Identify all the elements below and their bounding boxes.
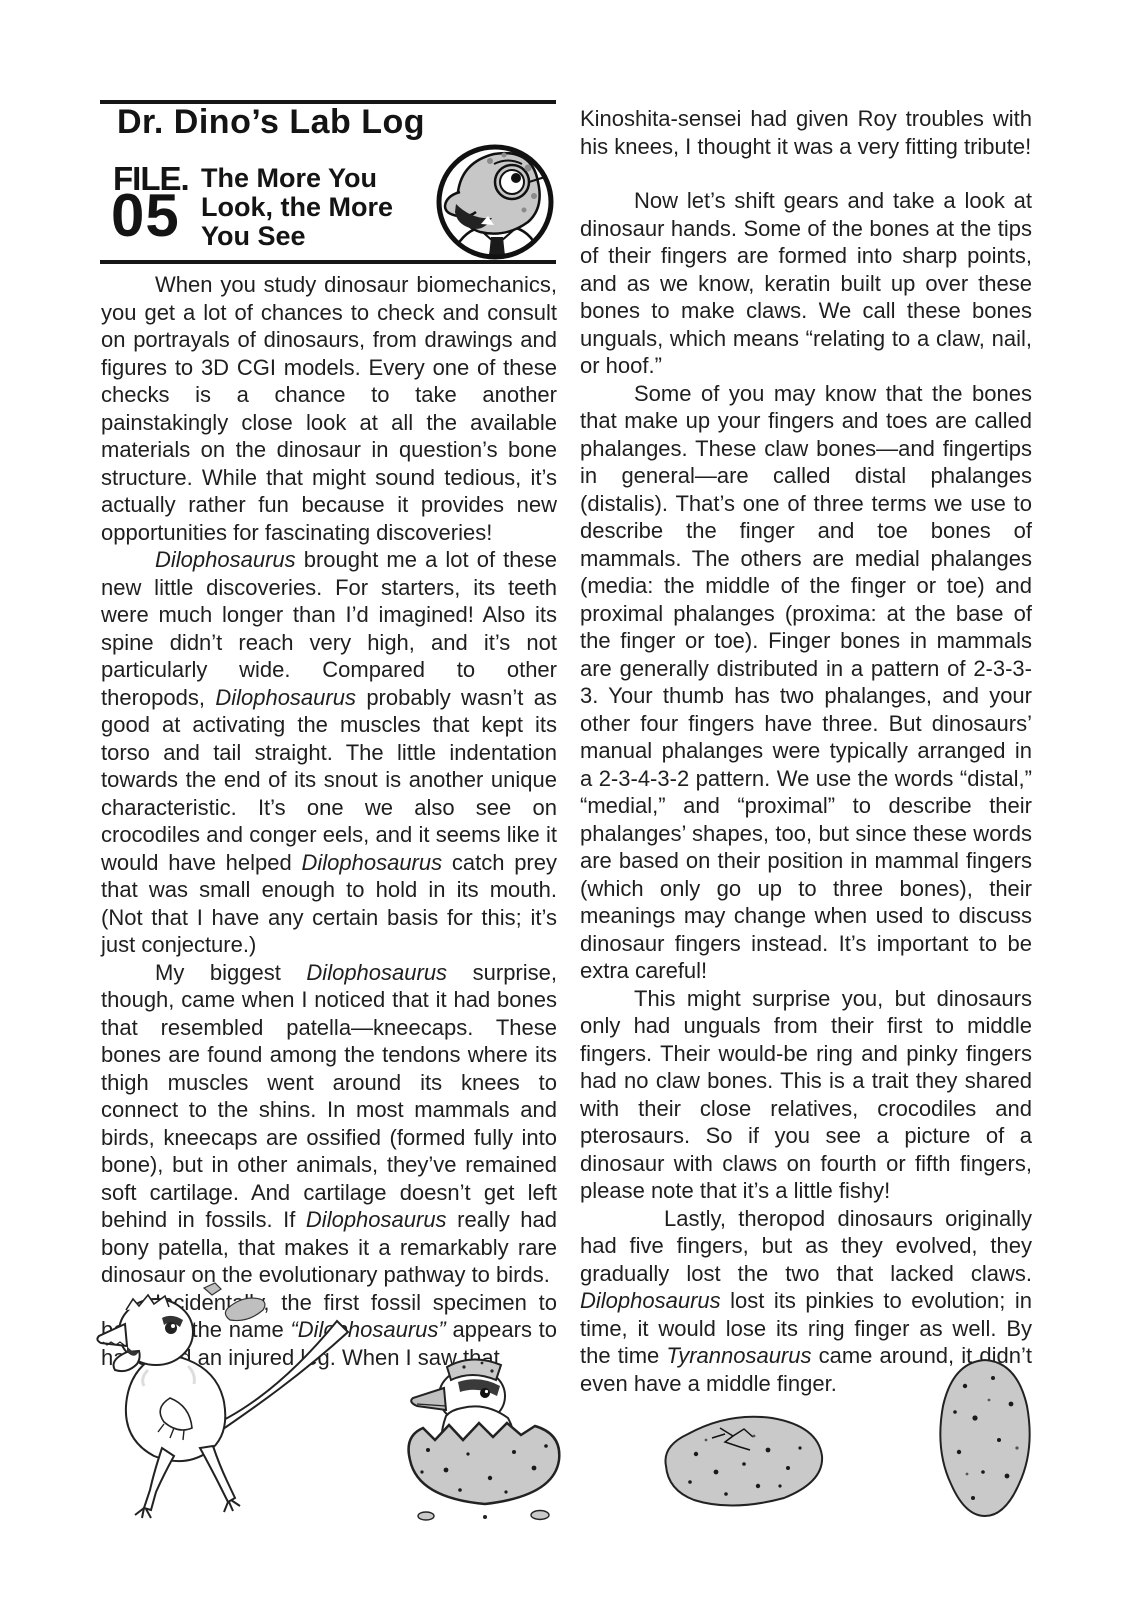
species-name-text: Dilophosaurus <box>306 960 447 985</box>
paragraph: Now let’s shift gears and take a look at… <box>580 187 1032 380</box>
paragraph: When you study dinosaur biomechanics, yo… <box>101 271 557 546</box>
lab-log-page: Dr. Dino’s Lab Log FILE. 05 The More You… <box>0 0 1139 1600</box>
paragraph: Dilophosaurus brought me a lot of these … <box>101 546 557 959</box>
body-text: Kinoshita-sensei had given Roy troubles … <box>580 106 1032 159</box>
lab-log-title: Dr. Dino’s Lab Log <box>117 103 425 142</box>
body-text: Now let’s shift gears and take a look at… <box>580 188 1032 378</box>
paragraph: My biggest Dilophosaurus surprise, thoug… <box>101 959 557 1289</box>
body-text: probably wasn’t as good at activating th… <box>101 685 557 875</box>
hatching-egg-illustration <box>398 1350 573 1525</box>
species-name-text: Tyrannosaurus <box>666 1343 811 1368</box>
body-text: When you study dinosaur biomechanics, yo… <box>101 272 557 545</box>
episode-title-line: Look, the More <box>201 193 393 222</box>
body-text: Lastly, theropod dinosaurs originally ha… <box>580 1206 1032 1286</box>
species-name-text: Dilophosaurus <box>301 850 442 875</box>
body-text: This might surprise you, but dinosaurs o… <box>580 986 1032 1204</box>
header-bottom-rule <box>100 260 556 264</box>
baby-dinosaur-illustration <box>92 1278 360 1526</box>
dino-professor-mascot-icon <box>432 140 558 266</box>
file-number: 05 <box>111 186 180 246</box>
episode-title-line: The More You <box>201 164 393 193</box>
body-text: My biggest <box>155 960 306 985</box>
left-text-column: When you study dinosaur biomechanics, yo… <box>101 271 557 1371</box>
upright-egg-illustration <box>931 1356 1039 1524</box>
paragraph: Some of you may know that the bones that… <box>580 380 1032 985</box>
right-text-column: Kinoshita-sensei had given Roy troubles … <box>580 105 1032 1397</box>
body-text: surprise, though, came when I noticed th… <box>101 960 557 1233</box>
paragraph: Kinoshita-sensei had given Roy troubles … <box>580 105 1032 160</box>
body-text: Some of you may know that the bones that… <box>580 381 1032 984</box>
episode-title: The More You Look, the More You See <box>201 164 393 251</box>
species-name-text: Dilophosaurus <box>306 1207 447 1232</box>
species-name-text: Dilophosaurus <box>155 547 296 572</box>
cracked-egg-illustration <box>660 1406 828 1518</box>
species-name-text: Dilophosaurus <box>215 685 356 710</box>
species-name-text: Dilophosaurus <box>580 1288 721 1313</box>
episode-title-line: You See <box>201 222 393 251</box>
paragraph: This might surprise you, but dinosaurs o… <box>580 985 1032 1205</box>
